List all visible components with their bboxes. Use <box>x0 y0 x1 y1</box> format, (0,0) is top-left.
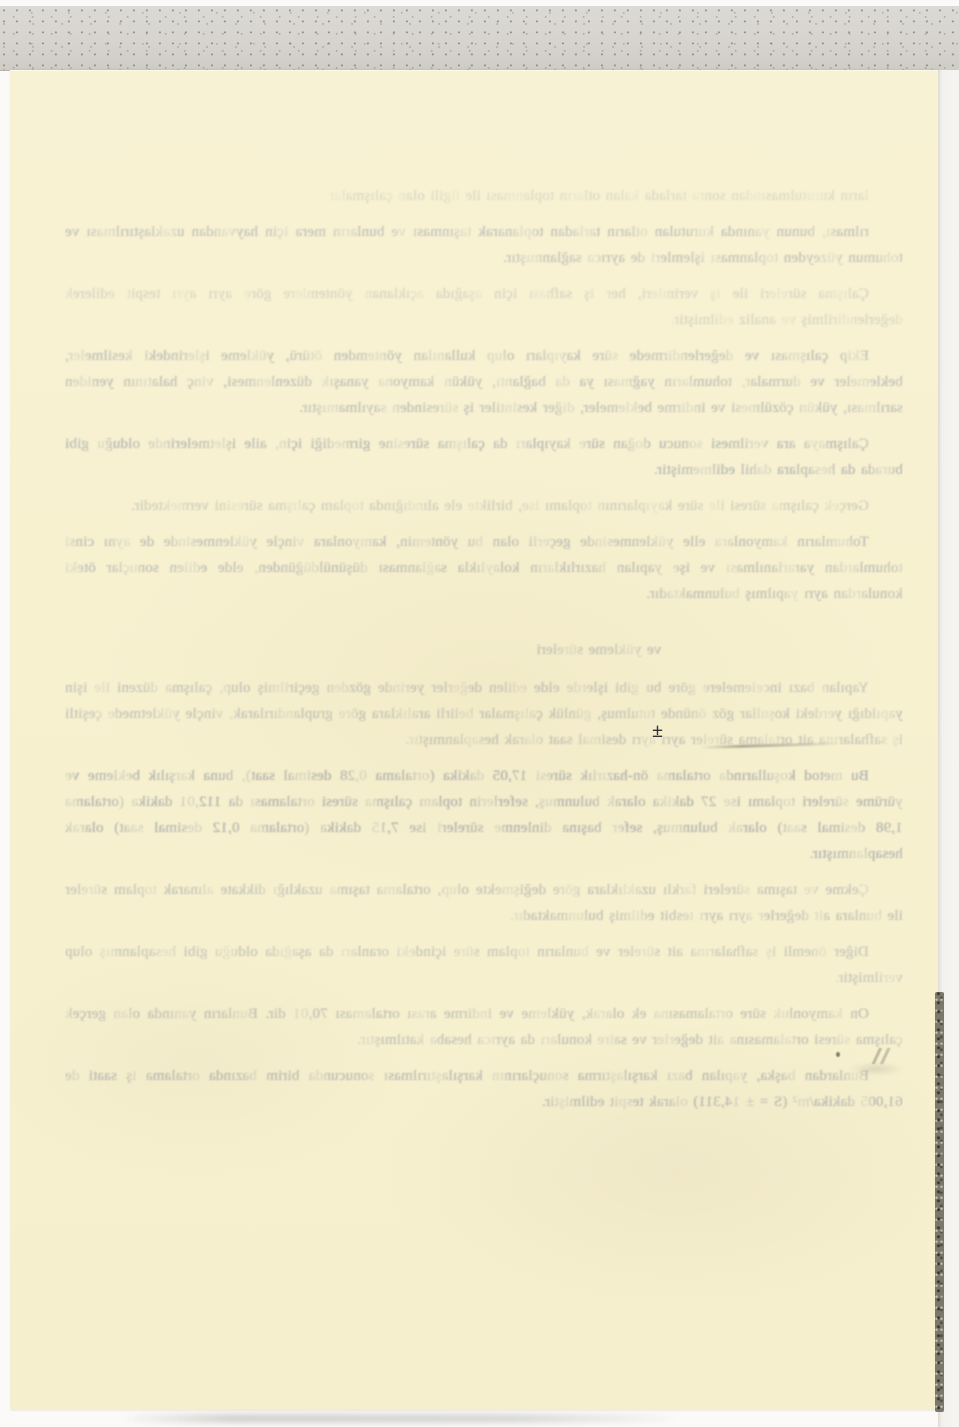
show-through-paragraph: ların kurutulmasından sonra tarlada kala… <box>65 183 903 209</box>
page-edge-strip <box>935 992 944 1412</box>
show-through-paragraph: Çalışmaya ara verilmesi sonucu doğan sür… <box>65 431 903 483</box>
show-through-paragraph: ve yükleme süreleri <box>65 637 903 663</box>
show-through-paragraph: Yapılan bazı incelemelere göre bu gibi i… <box>65 675 903 753</box>
ink-dot-smudge <box>836 1052 840 1057</box>
plus-minus-ink-mark: ± <box>652 720 663 743</box>
show-through-text-layer: ların kurutulmasından sonra tarlada kala… <box>65 183 903 1125</box>
show-through-paragraph: Diğer önemli iş safhalarına ait süreler … <box>65 939 903 991</box>
scanner-bottom-shadow <box>120 1414 680 1423</box>
show-through-paragraph: Ekip çalışması ve değerlendirmede süre k… <box>65 343 903 421</box>
scanner-bed-band <box>0 6 959 71</box>
margin-stain <box>848 1062 904 1076</box>
show-through-paragraph: On kamyonluk süre ortalamasına ek olarak… <box>65 1001 903 1053</box>
show-through-paragraph: Bunlardan başka, yapılan bazı karşılaştı… <box>65 1063 903 1115</box>
show-through-paragraph: Çekme ve taşıma süreleri farklı uzaklıkl… <box>65 877 903 929</box>
show-through-paragraph: Bu metod koşullarında ortalama ön-hazırl… <box>65 763 903 867</box>
show-through-paragraph: rılması, bunun yanında kurutulan otların… <box>65 219 903 271</box>
show-through-paragraph: Çalışma süreleri ile iş verimleri, her i… <box>65 281 903 333</box>
show-through-paragraph: Tohumların kamyonlara elle yüklenmesinde… <box>65 529 903 607</box>
show-through-paragraph: Gerçek çalışma süresi ile süre kayıpları… <box>65 493 903 519</box>
